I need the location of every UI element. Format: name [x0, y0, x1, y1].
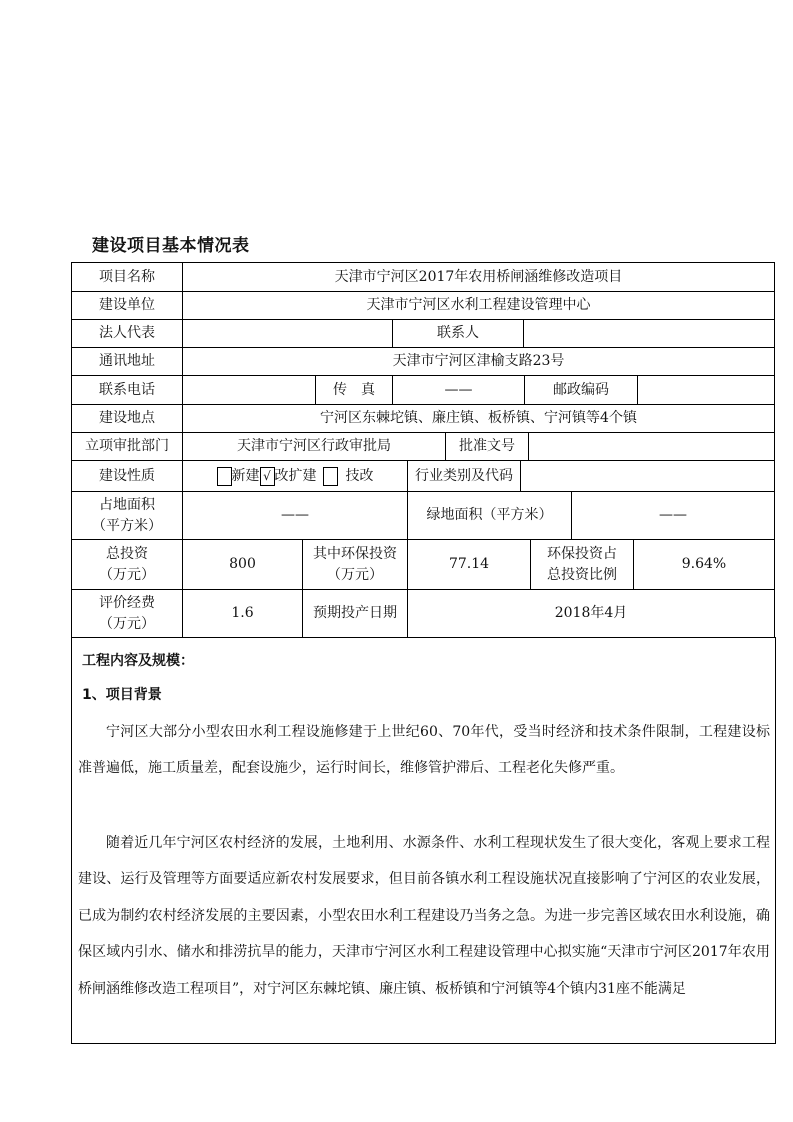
land-area-label: 占地面积 （平方米） — [71, 491, 183, 540]
address-value: 天津市宁河区津榆支路23号 — [182, 347, 775, 376]
nature-label: 建设性质 — [71, 460, 183, 492]
env-invest-label-line2: （万元） — [327, 565, 383, 586]
approval-dept-label: 立项审批部门 — [71, 432, 183, 461]
env-invest-label-line1: 其中环保投资 — [313, 544, 397, 565]
fax-label: 传 真 — [315, 375, 393, 405]
location-label: 建设地点 — [71, 404, 183, 433]
total-invest-label-line1: 总投资 — [106, 544, 148, 565]
total-invest-label-line2: （万元） — [99, 565, 155, 586]
section-1-heading: 1、项目背景 — [82, 684, 162, 704]
env-ratio-label: 环保投资占 总投资比例 — [530, 539, 634, 590]
eval-fee-label-line2: （万元） — [99, 614, 155, 635]
checkbox-tech-upgrade[interactable] — [323, 467, 338, 486]
project-name-label: 项目名称 — [71, 262, 183, 292]
postcode-value — [637, 375, 775, 405]
env-invest-value: 77.14 — [407, 539, 531, 590]
total-invest-label: 总投资 （万元） — [71, 539, 183, 590]
paragraph-1: 宁河区大部分小型农田水利工程设施修建于上世纪60、70年代，受当时经济和技术条件… — [78, 714, 770, 787]
env-invest-label: 其中环保投资 （万元） — [302, 539, 408, 590]
land-area-value: —— — [182, 491, 408, 540]
start-date-label: 预期投产日期 — [302, 589, 408, 638]
legal-rep-label: 法人代表 — [71, 319, 183, 348]
option-expansion-label: 改扩建 — [275, 466, 317, 487]
env-ratio-value: 9.64% — [633, 539, 775, 590]
page-title: 建设项目基本情况表 — [92, 231, 250, 256]
paragraph-2: 随着近几年宁河区农村经济的发展，土地利用、水源条件、水利工程现状发生了很大变化，… — [78, 825, 770, 1007]
green-area-value: —— — [571, 491, 775, 540]
option-new-build-label: 新建 — [232, 466, 260, 487]
contact-label: 联系人 — [392, 319, 524, 348]
start-date-value: 2018年4月 — [407, 589, 775, 638]
eval-fee-value: 1.6 — [182, 589, 303, 638]
phone-value — [182, 375, 316, 405]
builder-label: 建设单位 — [71, 291, 183, 320]
approval-no-value — [528, 432, 775, 461]
project-content-box: 工程内容及规模： 1、项目背景 宁河区大部分小型农田水利工程设施修建于上世纪60… — [71, 637, 776, 1044]
land-area-label-line2: （平方米） — [92, 516, 162, 537]
eval-fee-label-line1: 评价经费 — [99, 593, 155, 614]
total-invest-value: 800 — [182, 539, 303, 590]
contact-value — [523, 319, 775, 348]
industry-label: 行业类别及代码 — [407, 460, 521, 492]
project-name-value: 天津市宁河区2017年农用桥闸涵维修改造项目 — [182, 262, 775, 292]
builder-value: 天津市宁河区水利工程建设管理中心 — [182, 291, 775, 320]
approval-no-label: 批准文号 — [445, 432, 529, 461]
industry-value — [520, 460, 775, 492]
green-area-label: 绿地面积（平方米） — [407, 491, 572, 540]
checkbox-new-build[interactable] — [217, 467, 232, 486]
option-tech-upgrade-label: 技改 — [346, 466, 374, 487]
legal-rep-value — [182, 319, 393, 348]
env-ratio-label-line2: 总投资比例 — [547, 565, 617, 586]
phone-label: 联系电话 — [71, 375, 183, 405]
eval-fee-label: 评价经费 （万元） — [71, 589, 183, 638]
content-heading: 工程内容及规模： — [82, 650, 194, 670]
approval-dept-value: 天津市宁河区行政审批局 — [182, 432, 446, 461]
env-ratio-label-line1: 环保投资占 — [547, 544, 617, 565]
address-label: 通讯地址 — [71, 347, 183, 376]
fax-value: —— — [392, 375, 525, 405]
checkbox-expansion[interactable]: √ — [260, 467, 275, 486]
postcode-label: 邮政编码 — [524, 375, 638, 405]
land-area-label-line1: 占地面积 — [99, 495, 155, 516]
nature-options: 新建√改扩建技改 — [182, 460, 408, 492]
location-value: 宁河区东棘坨镇、廉庄镇、板桥镇、宁河镇等4个镇 — [182, 404, 775, 433]
